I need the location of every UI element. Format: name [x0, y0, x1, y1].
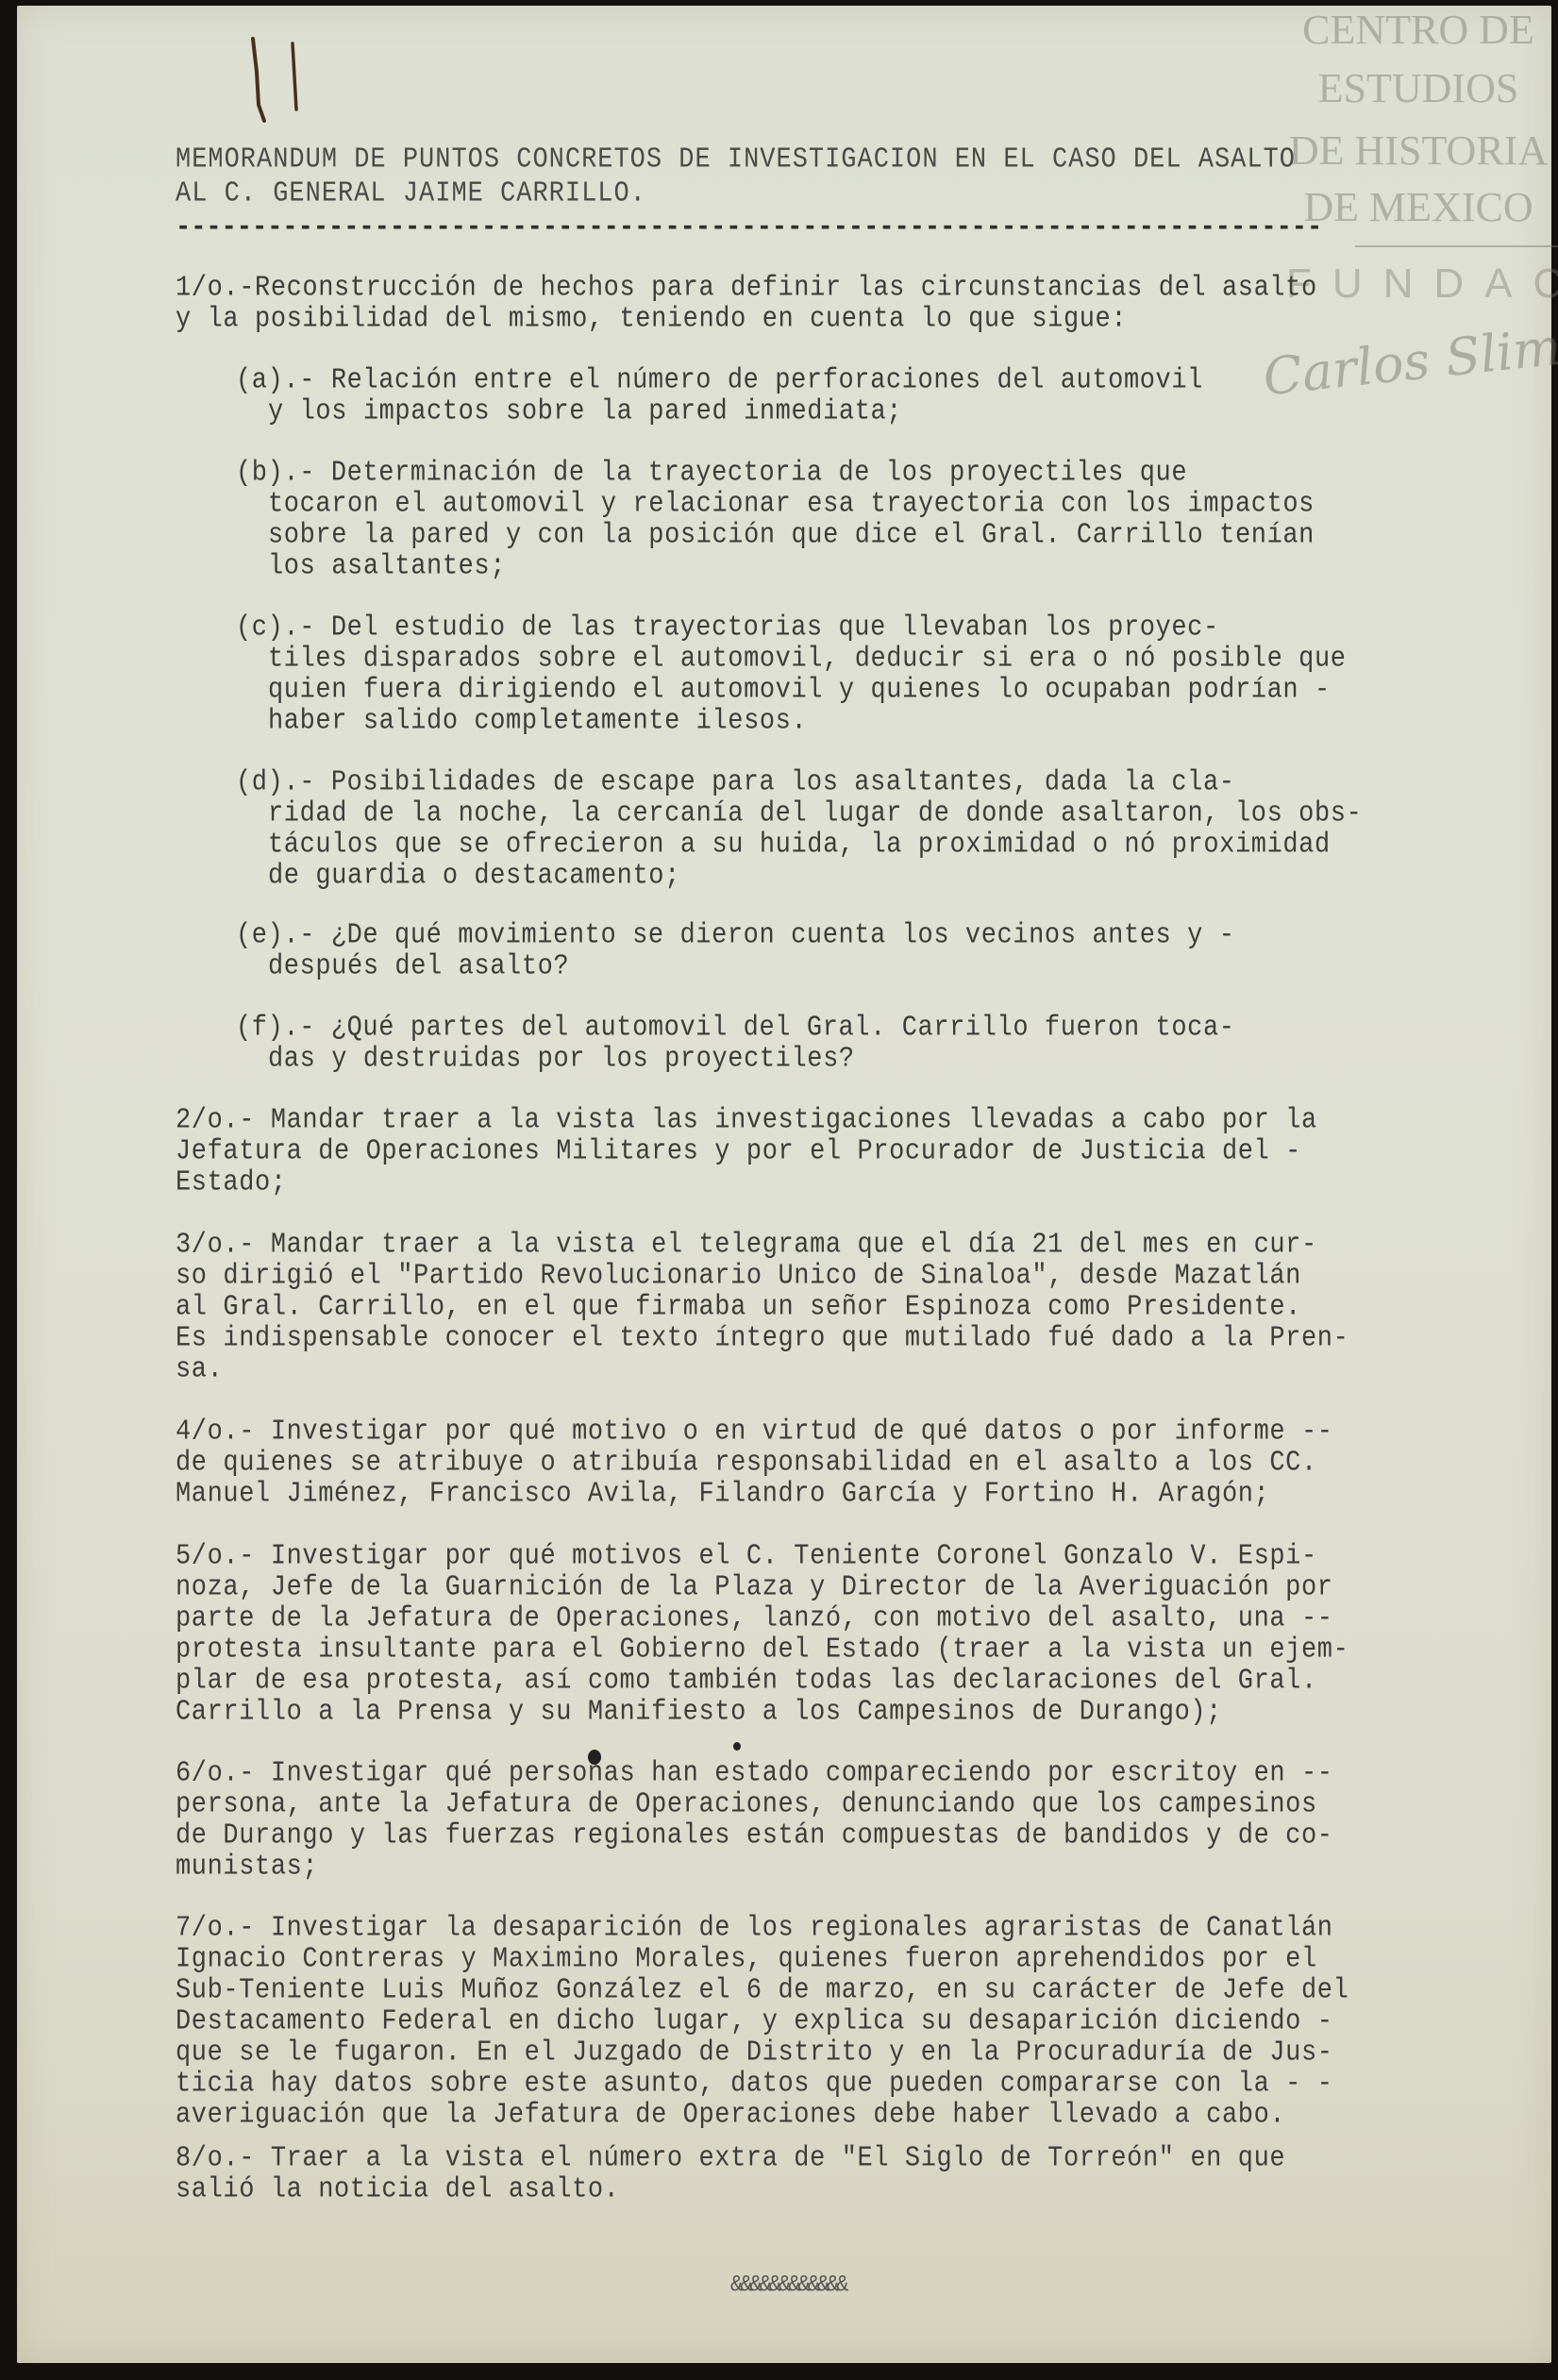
item-5-line-2: noza, Jefe de la Guarnición de la Plaza …: [176, 1571, 1333, 1605]
item-5-line-5: plar de esa protesta, así como también t…: [176, 1665, 1317, 1699]
item-6-line-3: de Durango y las fuerzas regionales está…: [176, 1819, 1333, 1853]
item-7-line-1: 7/o.- Investigar la desaparición de los …: [176, 1912, 1333, 1946]
subitem-b-line-1: (b).- Determinación de la trayectoria de…: [236, 457, 1187, 491]
item-7-line-4: Destacamento Federal en dicho lugar, y e…: [176, 2005, 1333, 2039]
memo-title-line-2: AL C. GENERAL JAIME CARRILLO.: [176, 177, 646, 211]
memo-title-line-1: MEMORANDUM DE PUNTOS CONCRETOS DE INVEST…: [176, 143, 1296, 177]
item-5-line-3: parte de la Jefatura de Operaciones, lan…: [176, 1602, 1333, 1636]
item-6-line-2: persona, ante la Jefatura de Operaciones…: [176, 1788, 1317, 1822]
item-5-line-1: 5/o.- Investigar por qué motivos el C. T…: [176, 1540, 1317, 1574]
item-7-line-3: Sub-Teniente Luis Muñoz González el 6 de…: [176, 1974, 1349, 2008]
item-7-line-5: que se le fugaron. En el Juzgado de Dist…: [176, 2036, 1333, 2070]
item-3-line-3: al Gral. Carrillo, en el que firmaba un …: [176, 1291, 1301, 1325]
subitem-e-line-1: (e).- ¿De qué movimiento se dieron cuent…: [236, 919, 1235, 953]
item-7-line-2: Ignacio Contreras y Maximino Morales, qu…: [176, 1943, 1317, 1977]
document-page: 11 CENTRO DE ESTUDIOS DE HISTORIA DE MEX…: [17, 6, 1551, 2363]
item-3-line-5: sa.: [176, 1353, 223, 1387]
subitem-f-line-1: (f).- ¿Qué partes del automovil del Gral…: [236, 1012, 1235, 1046]
item-4-line-1: 4/o.- Investigar por qué motivo o en vir…: [176, 1416, 1333, 1450]
subitem-c-line-4: haber salido completamente ilesos.: [268, 705, 807, 739]
item-3-line-2: so dirigió el "Partido Revolucionario Un…: [176, 1260, 1301, 1294]
subitem-b-line-3: sobre la pared y con la posición que dic…: [268, 519, 1315, 553]
item-5-line-6: Carrillo a la Prensa y su Manifiesto a l…: [176, 1696, 1222, 1730]
item-7-line-7: averiguación que la Jefatura de Operacio…: [176, 2099, 1285, 2133]
item-4-line-3: Manuel Jiménez, Francisco Avila, Filandr…: [176, 1478, 1269, 1512]
item-7-line-6: ticia hay datos sobre este asunto, datos…: [176, 2068, 1333, 2102]
item-2-line-3: Estado;: [176, 1166, 287, 1200]
item-3-line-1: 3/o.- Mandar traer a la vista el telegra…: [176, 1229, 1317, 1263]
subitem-d-line-4: de guardia o destacamento;: [268, 860, 680, 894]
subitem-c-line-3: quien fuera dirigiendo el automovil y qu…: [268, 674, 1331, 708]
item-2-line-1: 2/o.- Mandar traer a la vista las invest…: [176, 1104, 1317, 1138]
subitem-b-line-4: los asaltantes;: [268, 550, 506, 584]
subitem-c-line-1: (c).- Del estudio de las trayectorias qu…: [236, 612, 1219, 645]
subitem-a-line-1: (a).- Relación entre el número de perfor…: [236, 364, 1203, 398]
item-3-line-4: Es indispensable conocer el texto íntegr…: [176, 1322, 1349, 1356]
handwritten-page-number: [243, 34, 300, 147]
watermark-divider: [1355, 245, 1558, 247]
subitem-d-line-1: (d).- Posibilidades de escape para los a…: [236, 766, 1235, 800]
item-5-line-4: protesta insultante para el Gobierno del…: [176, 1634, 1349, 1668]
subitem-e-line-2: después del asalto?: [268, 950, 569, 984]
watermark-line-3: DE HISTORIA: [1277, 130, 1558, 172]
subitem-d-line-3: táculos que se ofrecieron a su huida, la…: [268, 829, 1331, 863]
watermark-line-1: CENTRO DE: [1277, 9, 1558, 51]
item-1-line-2: y la posibilidad del mismo, teniendo en …: [176, 303, 1127, 337]
item-6-line-4: munistas;: [176, 1851, 318, 1885]
subitem-c-line-2: tiles disparados sobre el automovil, ded…: [268, 643, 1347, 677]
closing-ornament: &&&&&&&&&&&&: [730, 2269, 846, 2303]
ink-blot: [733, 1742, 741, 1751]
subitem-b-line-2: tocaron el automovil y relacionar esa tr…: [268, 488, 1315, 522]
item-1-line-1: 1/o.-Reconstrucción de hechos para defin…: [176, 272, 1317, 306]
subitem-f-line-2: das y destruidas por los proyectiles?: [268, 1043, 855, 1077]
subitem-d-line-2: ridad de la noche, la cercanía del lugar…: [268, 797, 1362, 831]
subitem-a-line-2: y los impactos sobre la pared inmediata;: [268, 395, 902, 429]
watermark-line-2: ESTUDIOS: [1277, 68, 1558, 109]
watermark-signature: Carlos Slim: [1261, 317, 1558, 408]
title-separator: ----------------------------------------…: [176, 211, 1322, 245]
item-8-line-1: 8/o.- Traer a la vista el número extra d…: [176, 2142, 1285, 2176]
item-6-line-1: 6/o.- Investigar qué personas han estado…: [176, 1757, 1333, 1791]
item-4-line-2: de quienes se atribuye o atribuía respon…: [176, 1447, 1317, 1481]
item-8-line-2: salió la noticia del asalto.: [176, 2173, 619, 2207]
watermark-foundation: FUNDACIÓN: [1286, 260, 1558, 308]
item-2-line-2: Jefatura de Operaciones Militares y por …: [176, 1135, 1301, 1169]
